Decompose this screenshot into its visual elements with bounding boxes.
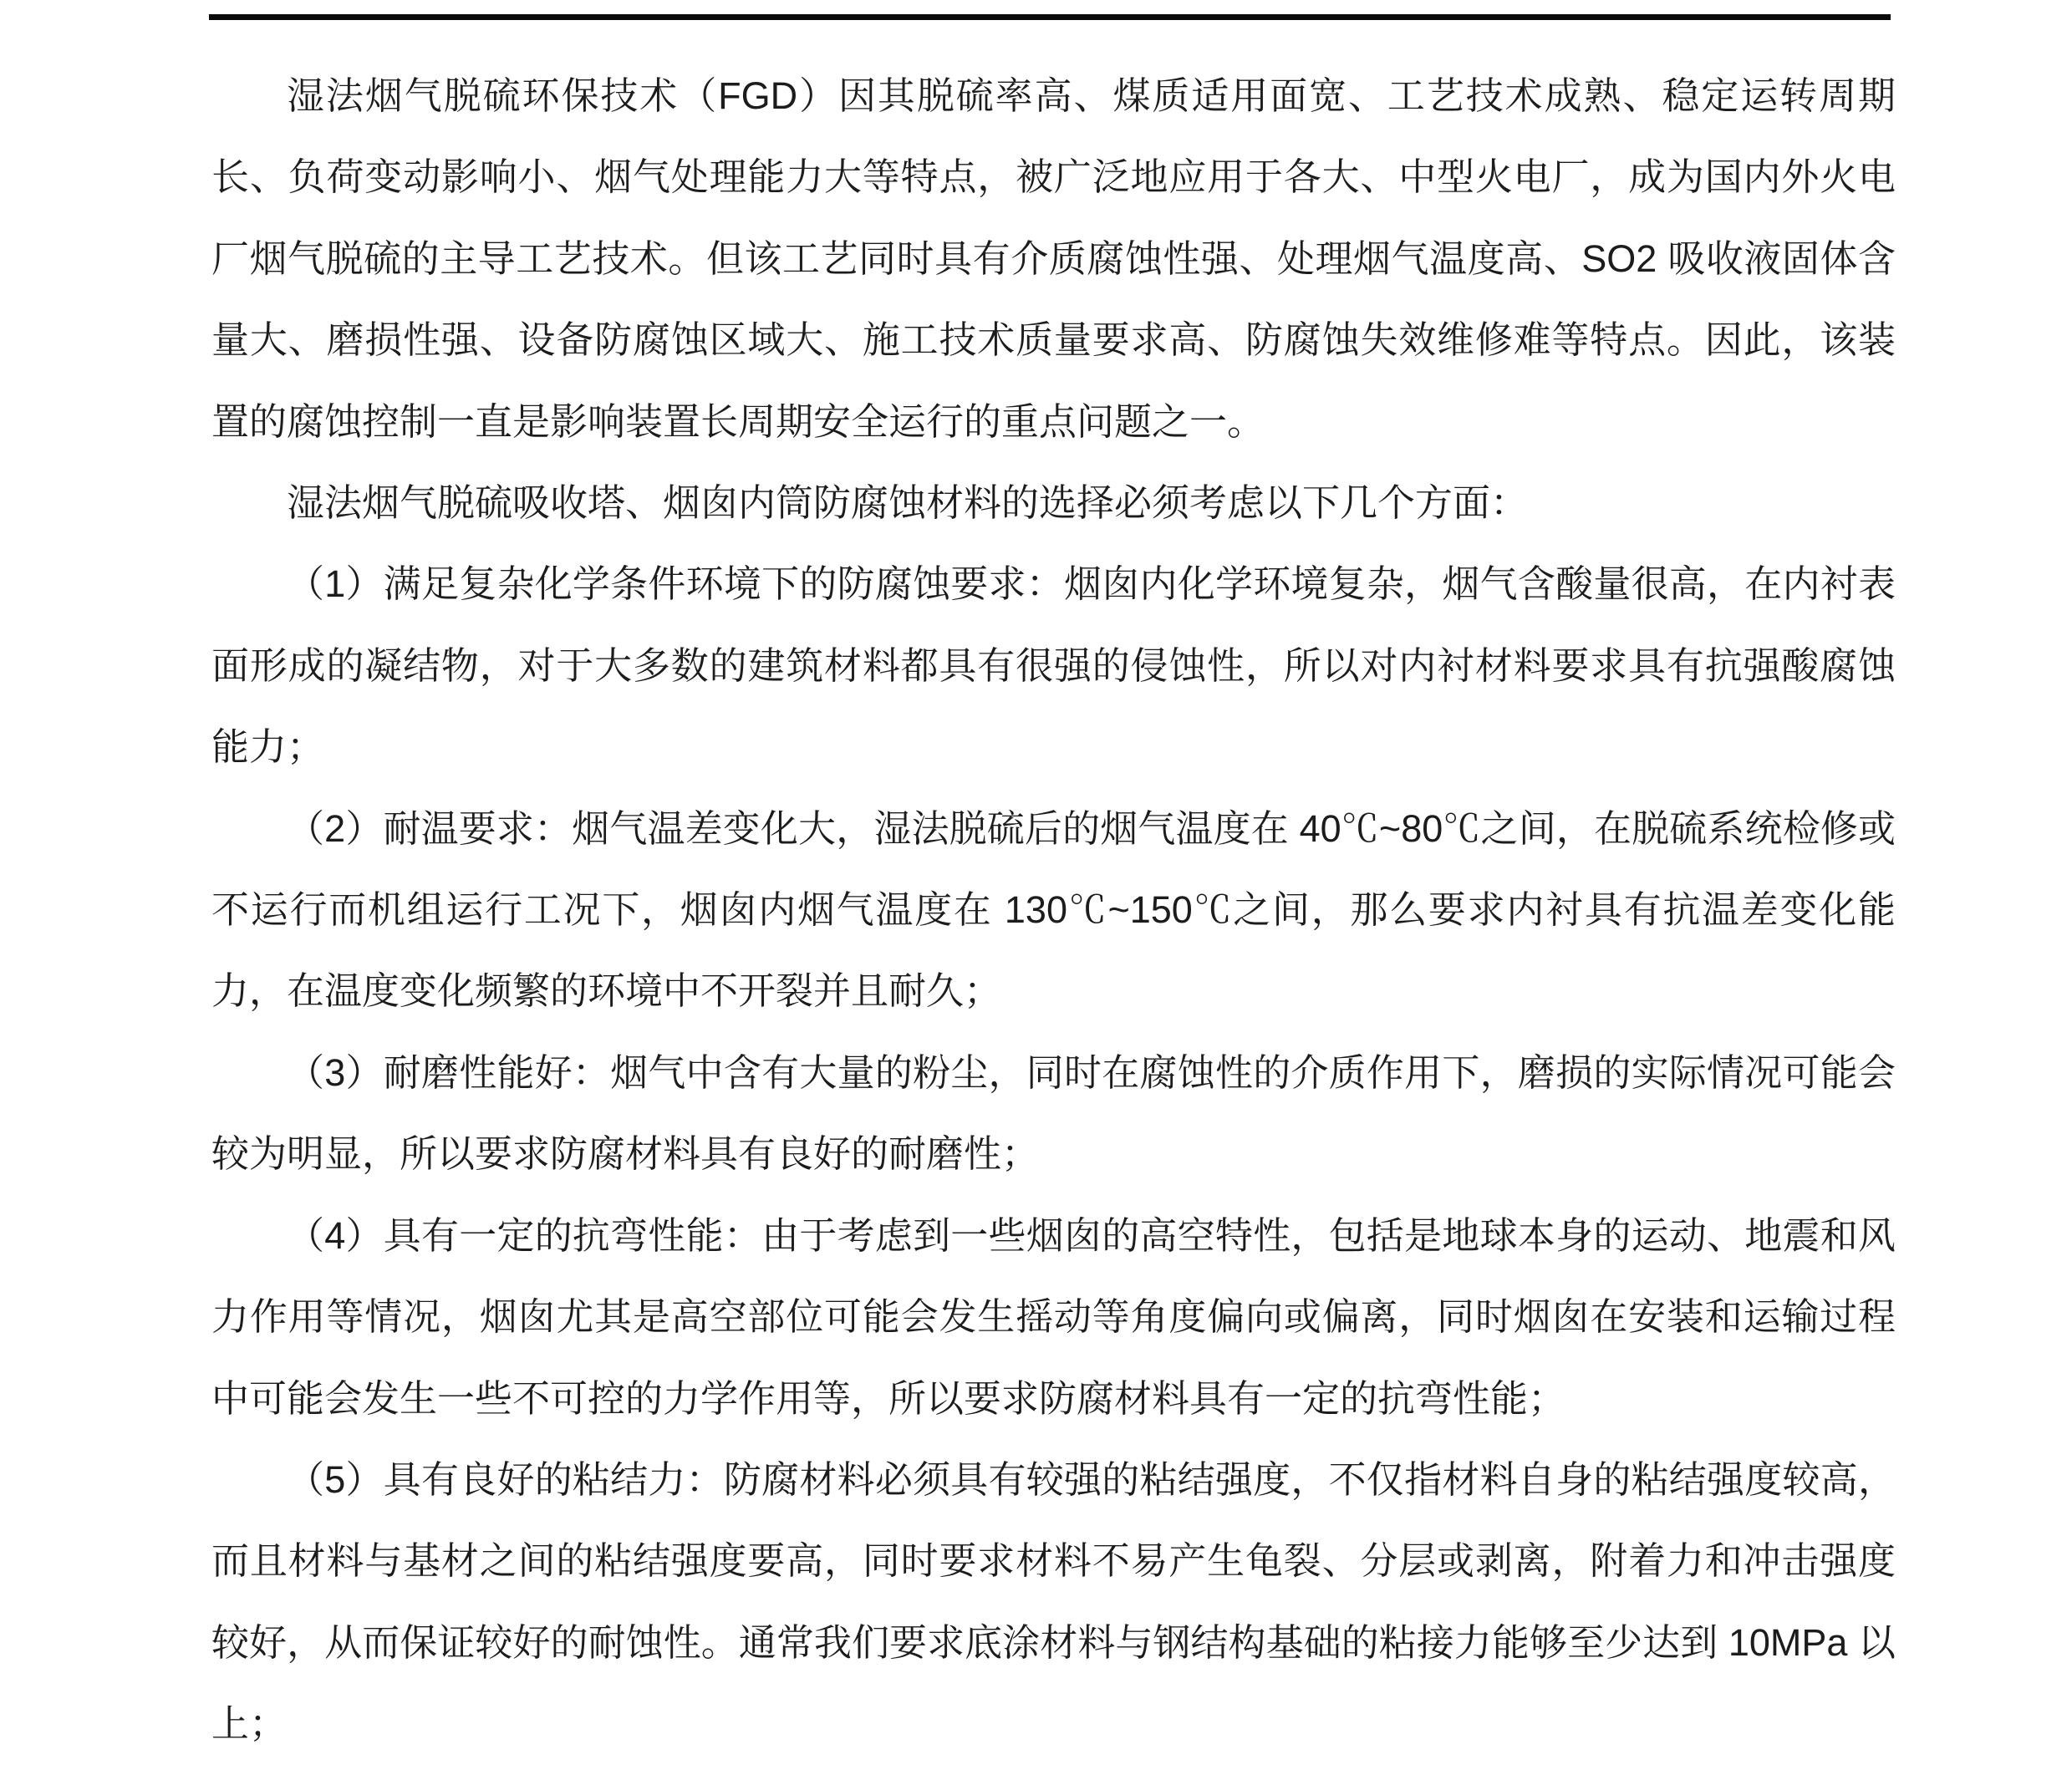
paragraph-lead-in: 湿法烟气脱硫吸收塔、烟囱内筒防腐蚀材料的选择必须考虑以下几个方面：: [211, 462, 1896, 543]
header-divider-line: [209, 14, 1891, 20]
paragraph-intro: 湿法烟气脱硫环保技术（FGD）因其脱硫率高、煤质适用面宽、工艺技术成熟、稳定运转…: [211, 55, 1896, 462]
paragraph-item-2: （2）耐温要求：烟气温差变化大，湿法脱硫后的烟气温度在 40℃~80℃之间，在脱…: [211, 788, 1896, 1032]
paragraph-item-1: （1）满足复杂化学条件环境下的防腐蚀要求：烟囱内化学环境复杂，烟气含酸量很高，在…: [211, 543, 1896, 787]
document-page: 湿法烟气脱硫环保技术（FGD）因其脱硫率高、煤质适用面宽、工艺技术成熟、稳定运转…: [0, 0, 2072, 1785]
paragraph-item-5: （5）具有良好的粘结力：防腐材料必须具有较强的粘结强度，不仅指材料自身的粘结强度…: [211, 1439, 1896, 1765]
paragraph-item-4: （4）具有一定的抗弯性能：由于考虑到一些烟囱的高空特性，包括是地球本身的运动、地…: [211, 1195, 1896, 1439]
paragraph-item-3: （3）耐磨性能好：烟气中含有大量的粉尘，同时在腐蚀性的介质作用下，磨损的实际情况…: [211, 1032, 1896, 1195]
document-body: 湿法烟气脱硫环保技术（FGD）因其脱硫率高、煤质适用面宽、工艺技术成熟、稳定运转…: [211, 55, 1896, 1765]
